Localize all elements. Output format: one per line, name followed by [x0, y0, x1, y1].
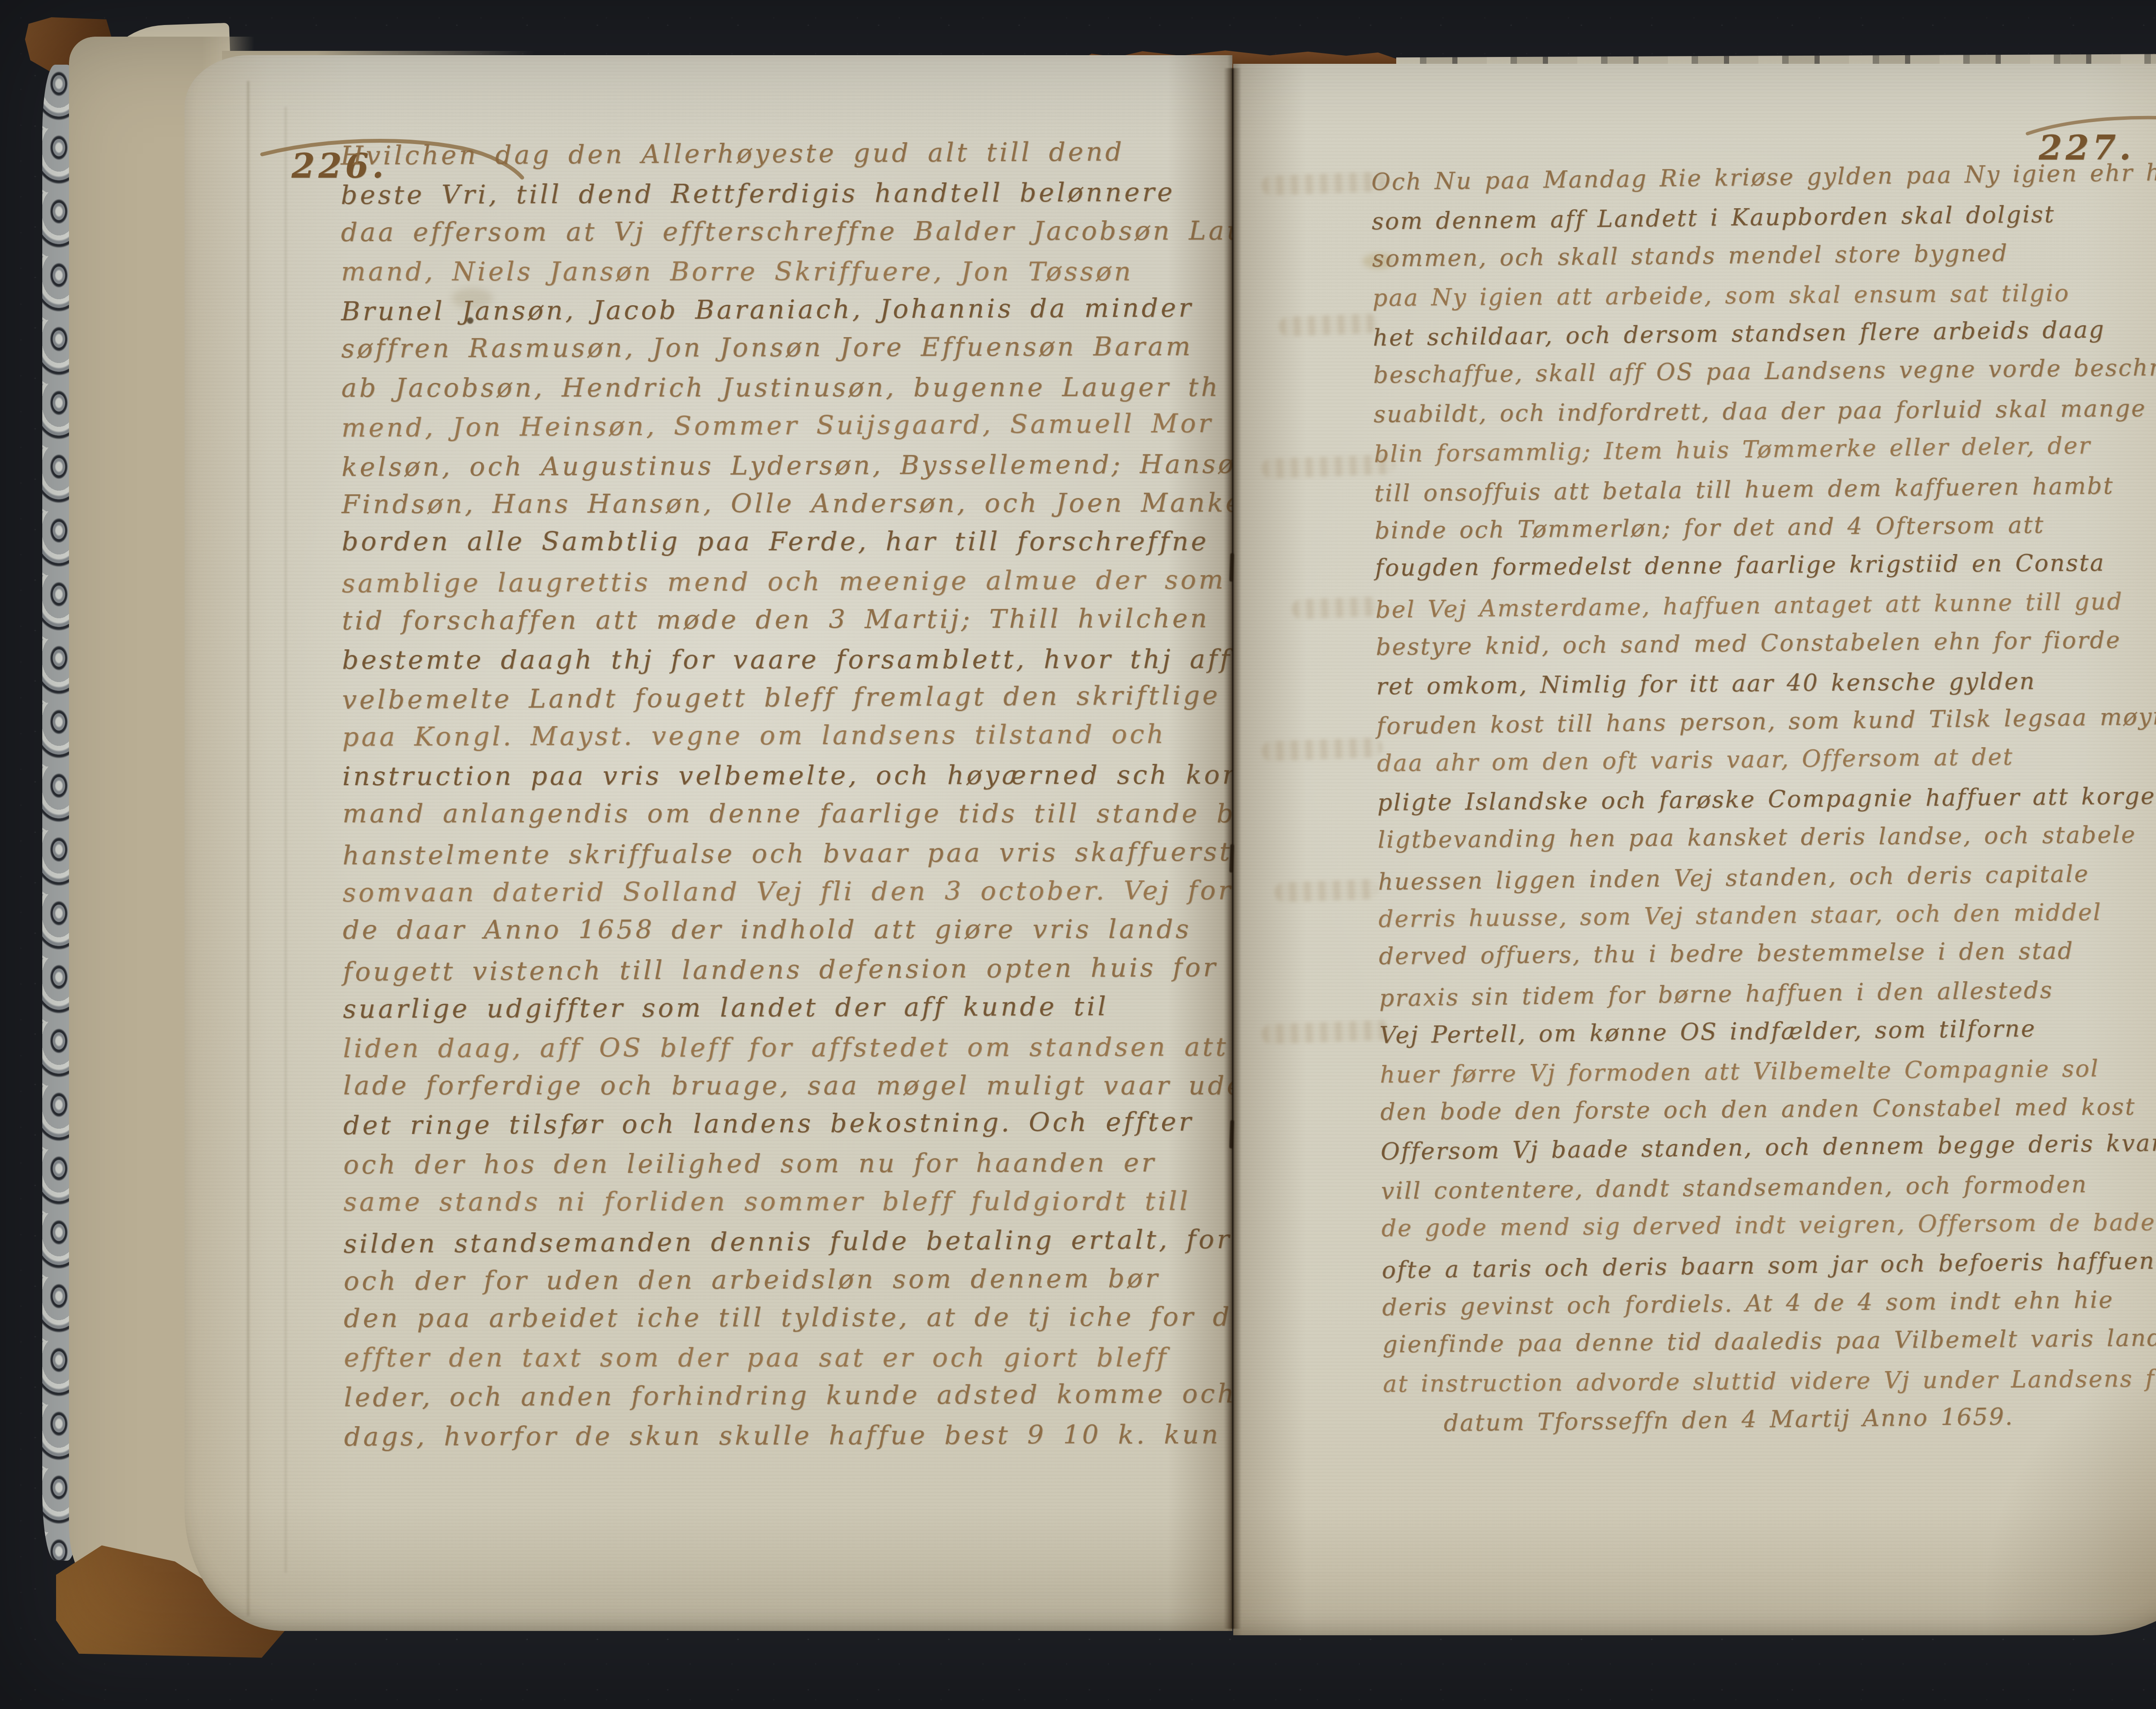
manuscript-line: samblige laugrettis mend och meenige alm…	[342, 565, 1232, 607]
photograph-open-manuscript-book: 226. Hvilchen dag den Allerhøyeste gud a…	[0, 0, 2156, 1709]
manuscript-line: binde och Tømmerløn; for det and 4 Ofter…	[1375, 510, 2156, 556]
binding-stitch	[1229, 553, 1234, 582]
manuscript-line: ab Jacobsøn, Hendrich Justinusøn, bugenn…	[341, 372, 1232, 412]
manuscript-line: hanstelmente skriffualse och bvaar paa v…	[342, 837, 1232, 880]
manuscript-line: Findsøn, Hans Hansøn, Olle Andersøn, och…	[342, 488, 1232, 528]
manuscript-line: sommen, och skall stands mendel store by…	[1372, 238, 2156, 284]
manuscript-line: och der hos den leilighed som nu for haa…	[343, 1148, 1232, 1189]
manuscript-line: lade forferdige och bruage, saa møgel mu…	[343, 1070, 1232, 1109]
manuscript-line: derved offuers, thu i bedre bestemmelse …	[1379, 936, 2156, 982]
book-gutter-seam	[1224, 68, 1241, 1629]
manuscript-line: bestemte daagh thj for vaare forsamblett…	[342, 644, 1232, 684]
manuscript-line: instruction paa vris velbemelte, och høy…	[342, 760, 1232, 800]
binding-stitch	[1229, 844, 1234, 873]
manuscript-line: velbemelte Landt fougett bleff fremlagt …	[342, 680, 1232, 724]
manuscript-line: Hvilchen dag den Allerhøyeste gud alt ti…	[341, 136, 1232, 180]
manuscript-line: kelsøn, och Augustinus Lydersøn, Byssell…	[342, 449, 1232, 491]
manuscript-line: de daar Anno 1658 der indhold att giøre …	[343, 914, 1232, 954]
manuscript-line: de gode mend sig derved indt veigren, Of…	[1381, 1208, 2156, 1254]
manuscript-line: tid forschaffen att møde den 3 Martij; T…	[342, 604, 1232, 645]
manuscript-line: silden standsemanden dennis fulde betali…	[344, 1224, 1232, 1268]
manuscript-line: beste Vri, till dend Rettferdigis handte…	[341, 177, 1232, 219]
manuscript-line: paa Kongl. Mayst. vegne om landsens tils…	[342, 719, 1232, 761]
manuscript-line: somvaan daterid Solland Vej fli den 3 oc…	[342, 876, 1232, 917]
manuscript-line: Brunel Jansøn, Jacob Baraniach, Johannis…	[341, 293, 1232, 335]
manuscript-line: gienfinde paa denne tid daaledis paa Vil…	[1382, 1324, 2156, 1370]
paper-fold-line	[247, 81, 249, 1616]
manuscript-line: suarlige udgiffter som landet der aff ku…	[343, 991, 1232, 1033]
binding-stitch	[1229, 1120, 1234, 1149]
manuscript-line: bestyre knid, och sand med Constabelen e…	[1376, 625, 2156, 672]
manuscript-line: søffren Rasmusøn, Jon Jonsøn Jore Effuen…	[341, 332, 1232, 372]
manuscript-line: beschaffue, skall aff OS paa Landsens ve…	[1373, 353, 2156, 400]
left-page: 226. Hvilchen dag den Allerhøyeste gud a…	[185, 55, 1232, 1631]
right-page-text: Och Nu paa Mandag Rie kriøse gylden paa …	[1371, 160, 2156, 1449]
manuscript-line: same stands ni forliden sommer bleff ful…	[343, 1186, 1232, 1226]
manuscript-line: Och Nu paa Mandag Rie kriøse gylden paa …	[1371, 158, 2156, 207]
manuscript-line: daa effersom at Vj effterschreffne Balde…	[341, 216, 1232, 256]
right-page: 227. Och Nu paa Mandag Rie kriøse gylden…	[1233, 64, 2156, 1635]
manuscript-line: borden alle Sambtlig paa Ferde, har till…	[342, 526, 1232, 565]
paper-fold-line-2	[285, 107, 287, 1573]
manuscript-line: effter den taxt som der paa sat er och g…	[344, 1343, 1232, 1381]
manuscript-line: den paa arbeidet iche till tyldiste, at …	[344, 1302, 1232, 1342]
manuscript-line: huer førre Vj formoden att Vilbemelte Co…	[1380, 1054, 2156, 1100]
manuscript-line: mend, Jon Heinsøn, Sommer Suijsgaard, Sa…	[342, 408, 1232, 452]
manuscript-line: fougden formedelst denne faarlige krigst…	[1375, 548, 2156, 593]
manuscript-line: leder, och anden forhindring kunde adste…	[344, 1379, 1232, 1421]
manuscript-line: fougett vistench till landens defension …	[343, 952, 1232, 996]
manuscript-line: det ringe tilsfør och landens bekostning…	[343, 1107, 1232, 1149]
manuscript-line: pligte Islandske och farøske Compagnie h…	[1377, 782, 2156, 828]
manuscript-line: mand, Niels Jansøn Borre Skriffuere, Jon…	[341, 257, 1232, 295]
left-page-text: Hvilchen dag den Allerhøyeste gud alt ti…	[341, 138, 1232, 1460]
manuscript-line: liden daag, aff OS bleff for affstedet o…	[343, 1032, 1232, 1072]
manuscript-line: dags, hvorfor de skun skulle haffue best…	[344, 1420, 1232, 1461]
manuscript-line: ligtbevanding hen paa kansket deris land…	[1378, 820, 2156, 865]
manuscript-line: mand anlangendis om denne faarlige tids …	[342, 798, 1232, 837]
manuscript-line: och der for uden den arbeidsløn som denn…	[344, 1263, 1232, 1305]
